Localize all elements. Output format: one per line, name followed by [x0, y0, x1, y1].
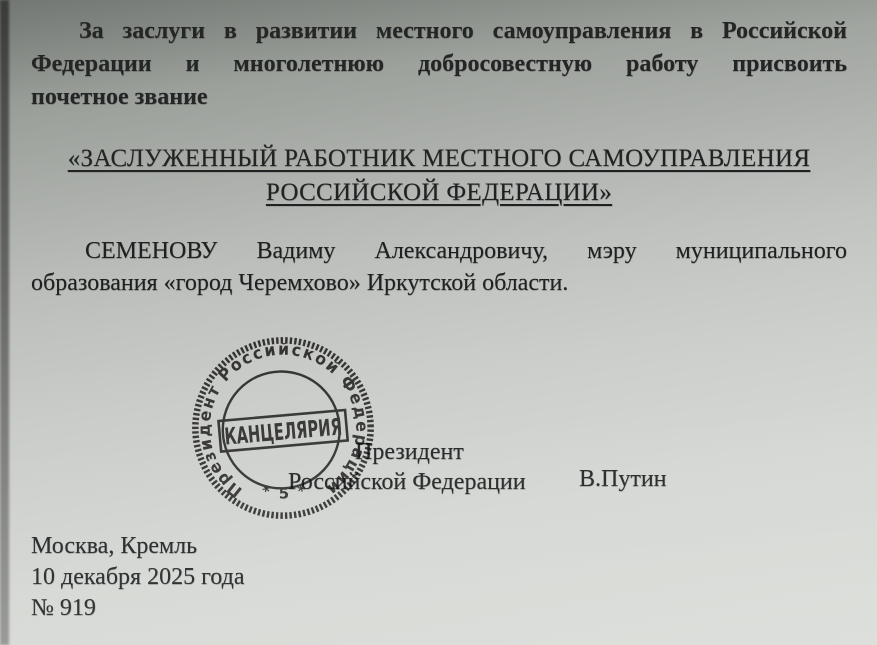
intro-line-3: почетное звание — [31, 81, 847, 114]
recipient-line-2: образования «город Черемхово» Иркутской … — [31, 267, 847, 299]
intro-line-2: Федерацииимноголетнююдобросовестнуюработ… — [31, 48, 847, 81]
footer-block: Москва, Кремль 10 декабря 2025 года № 91… — [31, 531, 244, 624]
recipient-paragraph: СЕМЕНОВУВадимуАлександровичу,мэрумуницип… — [31, 235, 847, 299]
intro-line-1: Зазаслугивразвитииместногосамоуправления… — [31, 15, 847, 48]
footer-date: 10 декабря 2025 года — [31, 562, 244, 593]
scan-edge-shadow — [0, 0, 9, 645]
footer-number: № 919 — [31, 593, 244, 624]
honorary-title-line-1: «ЗАСЛУЖЕННЫЙ РАБОТНИК МЕСТНОГО САМОУПРАВ… — [31, 142, 847, 176]
chancellery-stamp-icon: Президент Российской Федерации * 5 * КАН… — [178, 323, 389, 534]
president-name: В.Путин — [579, 466, 667, 493]
footer-place: Москва, Кремль — [31, 531, 244, 562]
honorary-title-line-2: РОССИЙСКОЙ ФЕДЕРАЦИИ» — [31, 176, 847, 210]
document-page: Зазаслугивразвитииместногосамоуправления… — [0, 0, 877, 645]
intro-paragraph: Зазаслугивразвитииместногосамоуправления… — [31, 15, 847, 114]
honorary-title: «ЗАСЛУЖЕННЫЙ РАБОТНИК МЕСТНОГО САМОУПРАВ… — [31, 142, 847, 210]
recipient-line-1: СЕМЕНОВУВадимуАлександровичу,мэрумуницип… — [31, 235, 847, 267]
